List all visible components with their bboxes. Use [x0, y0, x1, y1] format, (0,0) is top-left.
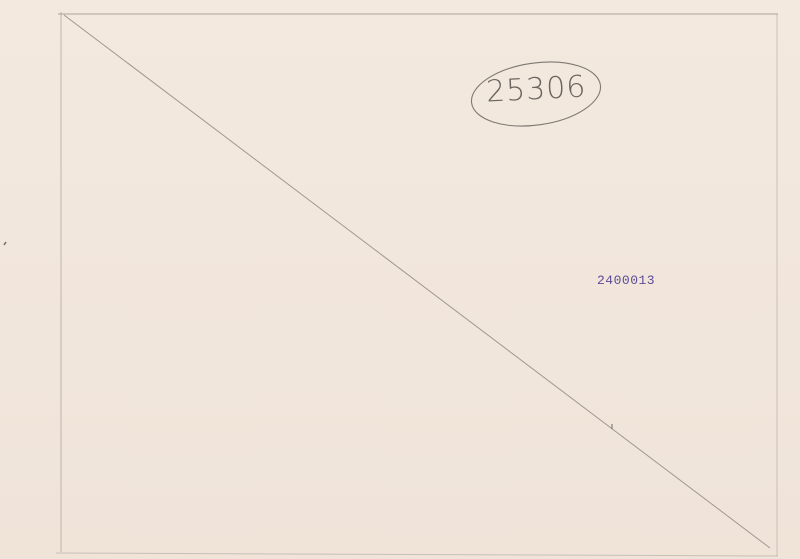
handwritten-inventory-number: 25306: [485, 69, 587, 109]
stamped-number: 2400013: [597, 273, 655, 288]
pencil-lines: [0, 0, 800, 559]
